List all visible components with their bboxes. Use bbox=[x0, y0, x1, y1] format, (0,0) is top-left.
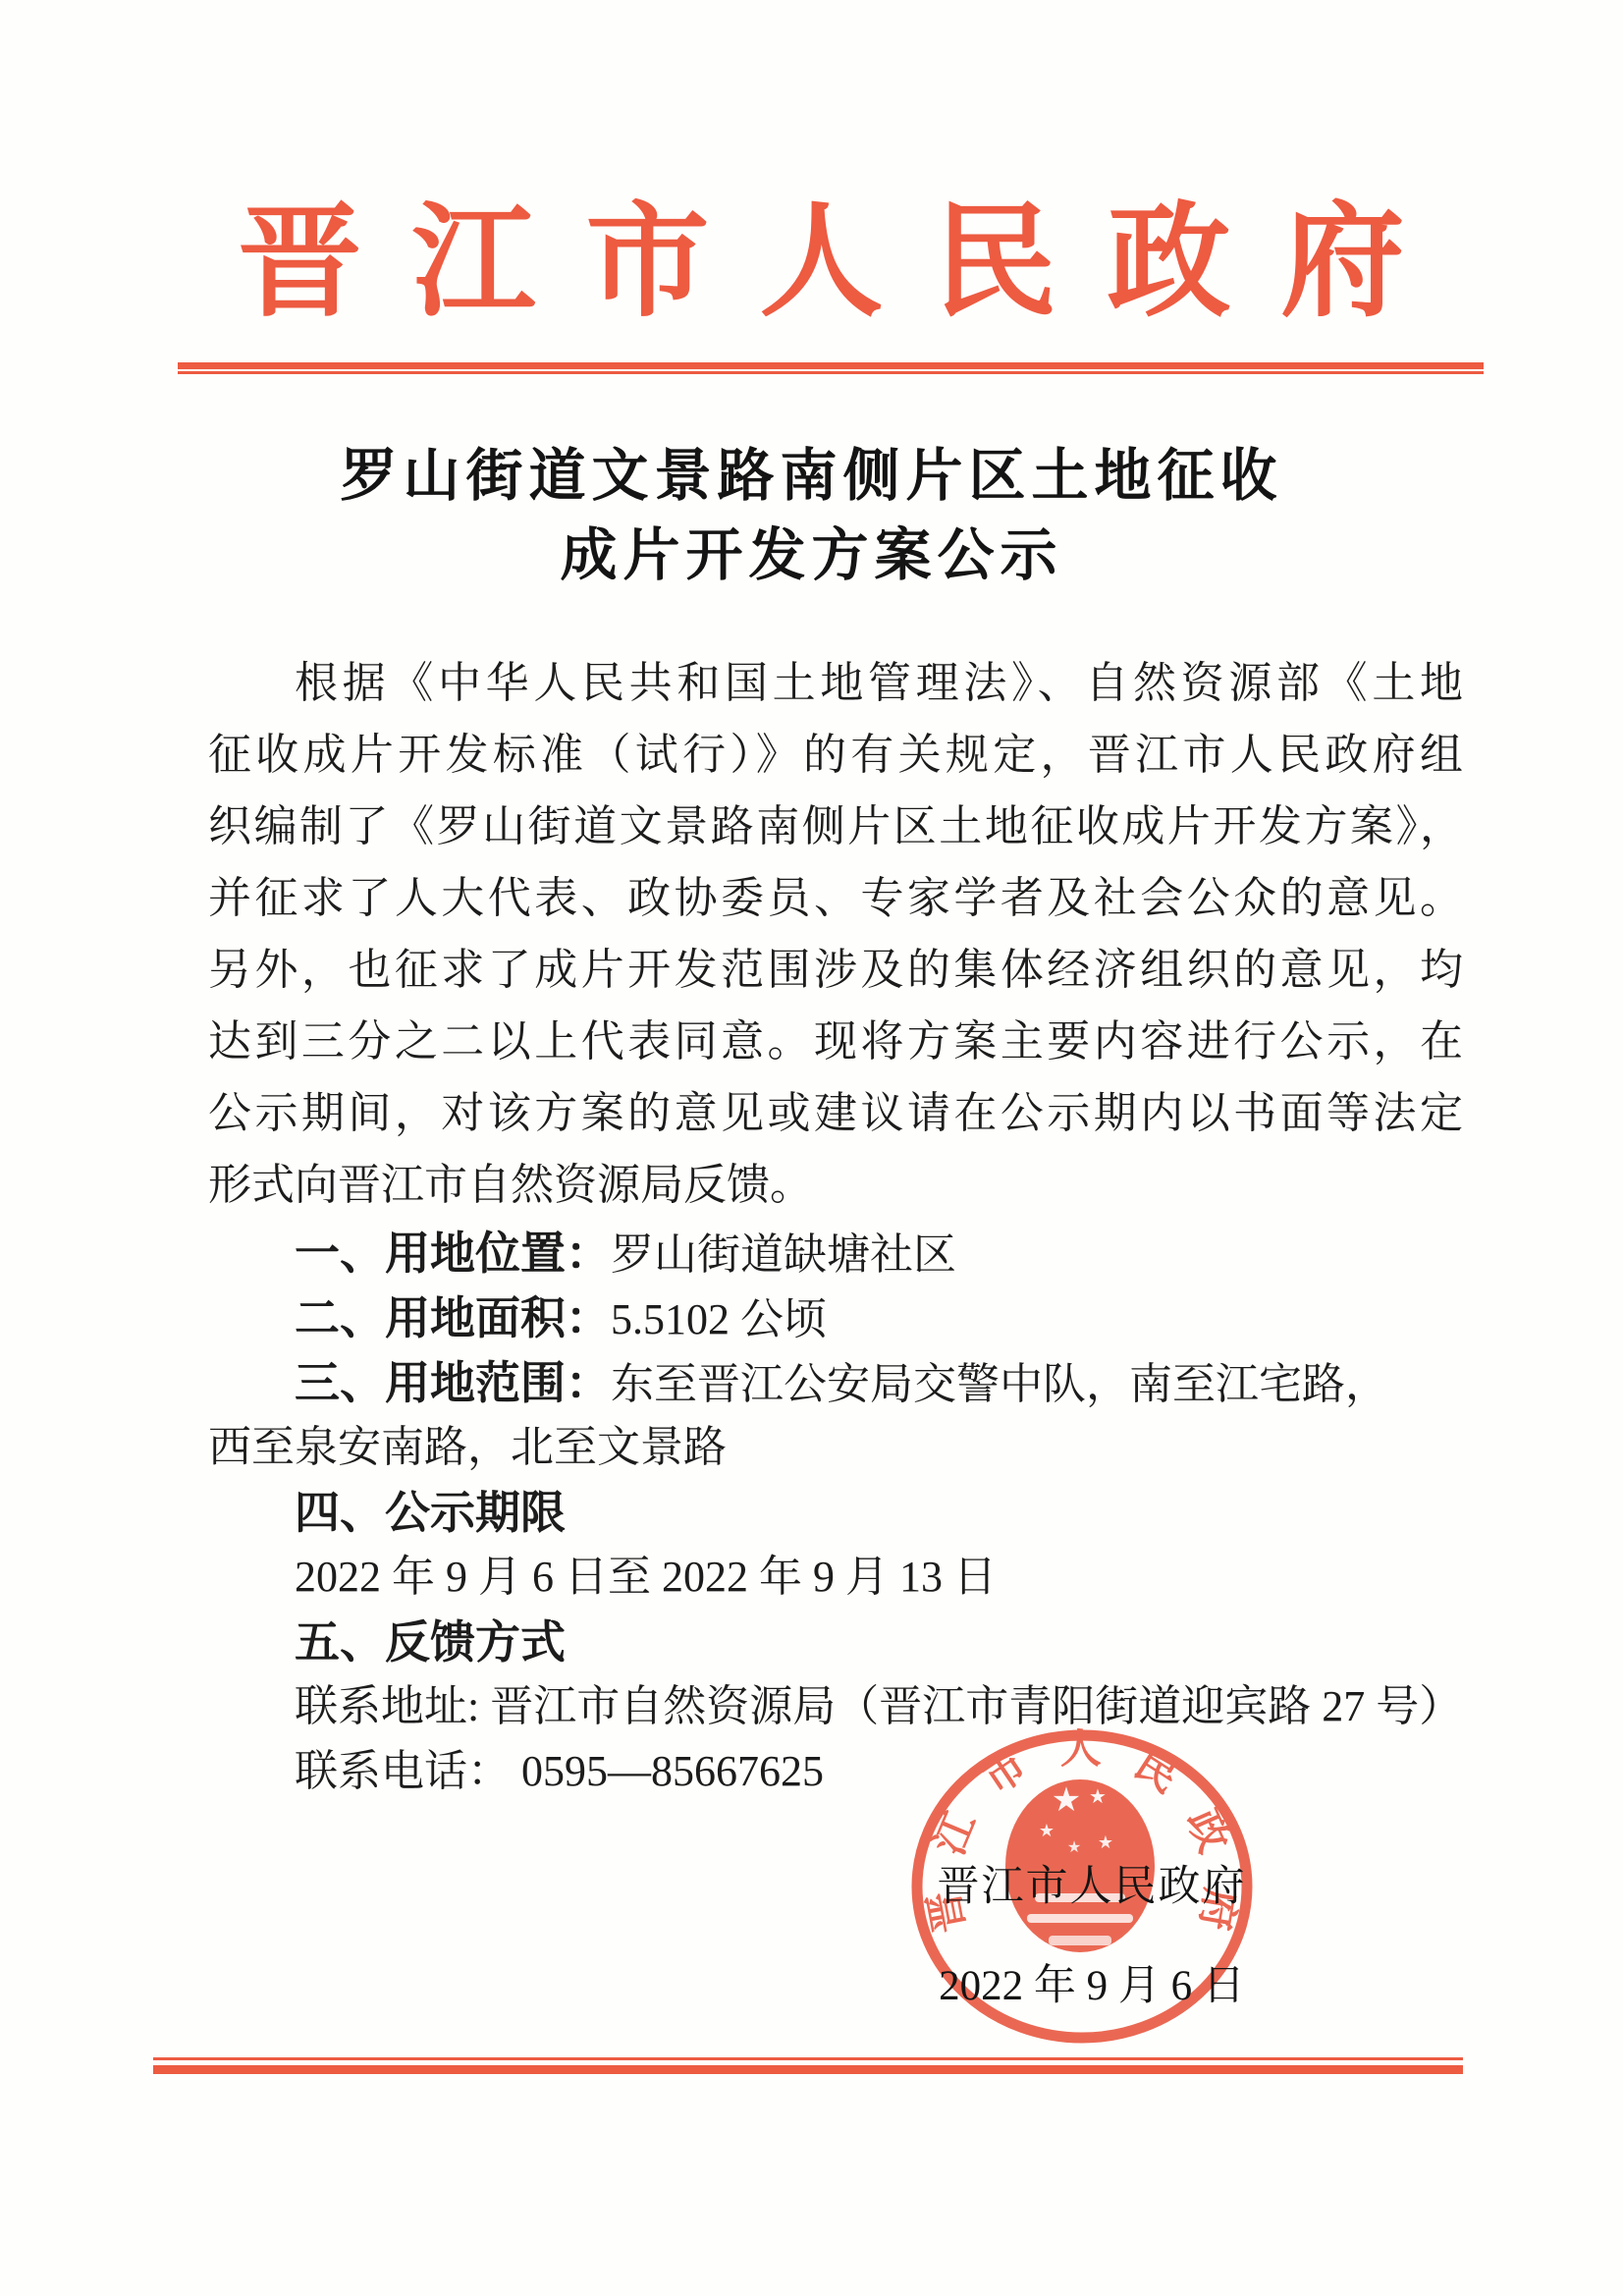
paragraph-line: 形式向晋江市自然资源局反馈。 bbox=[208, 1149, 1463, 1221]
document-page: 晋江市人民政府 罗山街道文景路南侧片区土地征收 成片开发方案公示 根据《中华人民… bbox=[0, 0, 1623, 2296]
svg-text:★: ★ bbox=[1089, 1786, 1107, 1808]
item-label: 一、用地位置： bbox=[295, 1228, 611, 1279]
document-title: 罗山街道文景路南侧片区土地征收 成片开发方案公示 bbox=[0, 436, 1623, 595]
item-value: 东至晋江公安局交警中队，南至江宅路， bbox=[611, 1360, 1388, 1408]
paragraph-line: 达到三分之二以上代表同意。现将方案主要内容进行公示，在 bbox=[208, 1006, 1463, 1077]
item-land-location: 一、用地位置：罗山街道缺塘社区 bbox=[208, 1221, 1463, 1285]
item-publicity-period-dates: 2022 年 9 月 6 日至 2022 年 9 月 13 日 bbox=[208, 1545, 1463, 1610]
header-divider-rule bbox=[178, 362, 1484, 374]
signature-date: 2022 年 9 月 6 日 bbox=[884, 1963, 1300, 2010]
item-list: 一、用地位置：罗山街道缺塘社区 二、用地面积：5.5102 公顷 三、用地范围：… bbox=[208, 1221, 1463, 1804]
svg-text:★: ★ bbox=[1067, 1839, 1081, 1856]
item-label: 二、用地面积： bbox=[295, 1292, 611, 1343]
item-label: 五、反馈方式 bbox=[295, 1616, 566, 1667]
paragraph-line: 织编制了《罗山街道文景路南侧片区土地征收成片开发方案》， bbox=[208, 791, 1463, 862]
document-body: 根据《中华人民共和国土地管理法》、自然资源部《土地 征收成片开发标准（试行）》的… bbox=[208, 647, 1463, 1804]
paragraph-line: 公示期间，对该方案的意见或建议请在公示期内以书面等法定 bbox=[208, 1077, 1463, 1149]
item-land-scope: 三、用地范围：东至晋江公安局交警中队，南至江宅路， bbox=[208, 1350, 1463, 1415]
item-value: 罗山街道缺塘社区 bbox=[611, 1230, 956, 1279]
svg-text:★: ★ bbox=[1052, 1782, 1081, 1819]
paragraph-line: 并征求了人大代表、政协委员、专家学者及社会公众的意见。 bbox=[208, 862, 1463, 934]
document-title-line-1: 罗山街道文景路南侧片区土地征收 bbox=[0, 436, 1623, 516]
contact-address: 联系地址: 晋江市自然资源局（晋江市青阳街道迎宾路 27 号） bbox=[208, 1674, 1463, 1739]
paragraph-line: 征收成片开发标准（试行）》的有关规定，晋江市人民政府组 bbox=[208, 719, 1463, 791]
signature-government-name: 晋江市人民政府 bbox=[884, 1864, 1300, 1911]
item-label: 四、公示期限 bbox=[295, 1487, 566, 1538]
paragraph-line: 根据《中华人民共和国土地管理法》、自然资源部《土地 bbox=[208, 647, 1463, 719]
contact-phone: 联系电话： 0595—85667625 bbox=[208, 1739, 1463, 1804]
svg-text:★: ★ bbox=[1098, 1832, 1113, 1852]
item-value: 5.5102 公顷 bbox=[611, 1295, 827, 1343]
document-title-line-2: 成片开发方案公示 bbox=[0, 516, 1623, 595]
item-land-scope-continuation: 西至泉安南路，北至文景路 bbox=[208, 1415, 1463, 1480]
item-publicity-period-heading: 四、公示期限 bbox=[208, 1480, 1463, 1545]
footer-divider-rule bbox=[153, 2057, 1463, 2074]
government-header-title: 晋江市人民政府 bbox=[0, 196, 1623, 333]
item-land-area: 二、用地面积：5.5102 公顷 bbox=[208, 1285, 1463, 1350]
paragraph-line: 另外，也征求了成片开发范围涉及的集体经济组织的意见，均 bbox=[208, 934, 1463, 1006]
svg-text:★: ★ bbox=[1039, 1821, 1055, 1840]
item-feedback-method-heading: 五、反馈方式 bbox=[208, 1610, 1463, 1674]
item-label: 三、用地范围： bbox=[295, 1357, 611, 1408]
